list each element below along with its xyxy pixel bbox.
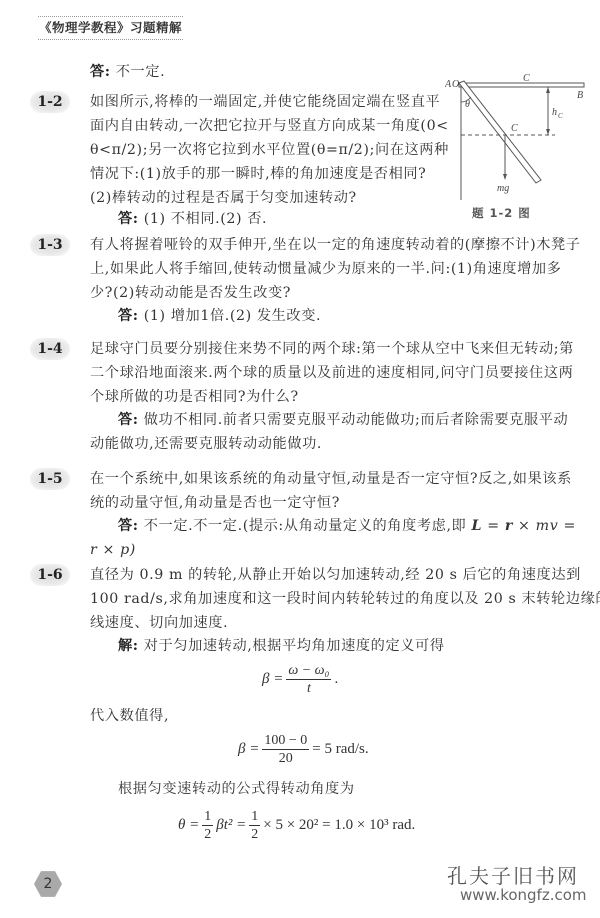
- problem-text-line: 少?(2)转动动能是否发生改变?: [90, 284, 291, 302]
- answer-text: (1) 不相同.(2) 否.: [144, 211, 267, 227]
- label-hc-sub: C: [558, 112, 563, 120]
- answer-label: 答:: [90, 64, 111, 80]
- figure-caption: 题 1-2 图: [472, 205, 531, 221]
- problem-text-line: 100 rad/s,求角加速度和这一段时间内转轮转过的角度以及 20 s 末转轮…: [90, 590, 600, 608]
- equals-sign: =: [563, 518, 576, 534]
- problem-text-line: 面内自由转动,一次把它拉开与竖直方向成某一角度(0<: [90, 117, 449, 135]
- equals-sign: =: [487, 518, 500, 534]
- answer-text: 做功不相同.前者只需要克服平动动能做功;而后者除需要克服平动: [144, 412, 569, 428]
- label-C-top: C: [523, 73, 530, 84]
- numerator: 1: [249, 808, 260, 826]
- problem-text-line: (2)棒转动的过程是否属于匀变加速转动?: [90, 189, 357, 207]
- watermark-url: www.kongfz.com: [460, 886, 587, 904]
- denominator: 2: [251, 826, 258, 843]
- solution-intro: 解: 对于匀加速转动,根据平均角加速度的定义可得: [118, 637, 445, 655]
- answer-text: (1) 增加1倍.(2) 发生改变.: [144, 308, 321, 324]
- running-head-title: 《物理学教程》习题精解: [38, 16, 183, 40]
- problem-text-line: θ<π/2);另一次将它拉到水平位置(θ=π/2);问在这两种: [90, 141, 449, 159]
- problem-text-line: 情况下:(1)放手的那一瞬时,棒的角加速度是否相同?: [90, 165, 426, 183]
- denominator: t: [307, 680, 311, 697]
- answer-text: 不一定.: [116, 64, 165, 80]
- label-hc: h: [552, 107, 557, 118]
- label-A: A: [445, 79, 452, 90]
- problem-text-line: 线速度、切向加速度.: [90, 614, 228, 632]
- vector-r: r: [505, 518, 513, 534]
- answer-label: 答:: [118, 412, 139, 428]
- problem-text-line: 二个球沿地面滚来.两个球的质量以及前进的速度相同,问守门员要接住这两: [90, 364, 573, 382]
- previous-answer: 答: 不一定.: [90, 63, 165, 81]
- problem-text-line: 直径为 0.9 m 的转轮,从静止开始以匀加速转动,经 20 s 后它的角速度达…: [90, 566, 581, 584]
- formula-lhs: β =: [262, 671, 283, 688]
- times-sign: ×: [518, 518, 531, 534]
- problem-text-line: 统的动量守恒,角动量是否也一定守恒?: [90, 494, 340, 512]
- angle-text: 根据匀变速转动的公式得转动角度为: [118, 780, 355, 798]
- fraction: 1 2: [202, 808, 213, 843]
- answer-text: 不一定.不一定.(提示:从角动量定义的角度考虑,即: [144, 518, 467, 534]
- label-C-mid: C: [511, 123, 518, 134]
- numerator: ω − ω₀: [286, 662, 331, 680]
- problem-text-line: 如图所示,将棒的一端固定,并使它能绕固定端在竖直平: [90, 93, 440, 111]
- book-page: 《物理学教程》习题精解 答: 不一定. 1-2 如图所示,将棒的一端固定,并使它…: [0, 0, 600, 918]
- answer: 答: 做功不相同.前者只需要克服平动动能做功;而后者除需要克服平动: [118, 411, 568, 429]
- formula-tail: × 5 × 20² = 1.0 × 10³ rad.: [263, 817, 415, 834]
- problem-text-line: 有人将握着哑铃的双手伸开,坐在以一定的角速度转动着的(摩擦不计)木凳子: [90, 236, 581, 254]
- answer-label: 答:: [118, 211, 139, 227]
- answer: 答: (1) 不相同.(2) 否.: [118, 210, 267, 228]
- vector-L: L: [471, 518, 482, 534]
- fraction: 100 − 0 20: [262, 732, 309, 767]
- problem-text-line: 在一个系统中,如果该系统的角动量守恒,动量是否一定守恒?反之,如果该系: [90, 470, 572, 488]
- label-mg: mg: [497, 183, 509, 194]
- solution-text: 对于匀加速转动,根据平均角加速度的定义可得: [144, 638, 445, 654]
- problem-number-1-4: 1-4: [30, 338, 70, 360]
- fraction: 1 2: [249, 808, 260, 843]
- answer-label: 答:: [118, 308, 139, 324]
- answer: 答: (1) 增加1倍.(2) 发生改变.: [118, 307, 321, 325]
- fraction: ω − ω₀ t: [286, 662, 331, 697]
- substitute-text: 代入数值得,: [90, 707, 169, 725]
- problem-text-line: 足球守门员要分别接住来势不同的两个球:第一个球从空中飞来但无转动;第: [90, 340, 574, 358]
- denominator: 2: [204, 826, 211, 843]
- formula-rotation-angle: θ = 1 2 βt² = 1 2 × 5 × 20² = 1.0 × 10³ …: [178, 808, 415, 843]
- problem-number-1-5: 1-5: [30, 468, 70, 490]
- mv-term: mv: [536, 518, 559, 534]
- solution-label: 解:: [118, 638, 139, 654]
- problem-number-1-2: 1-2: [30, 91, 70, 113]
- answer: 答: 不一定.不一定.(提示:从角动量定义的角度考虑,即 L = r × mv …: [118, 517, 576, 535]
- formula-angular-acceleration-def: β = ω − ω₀ t .: [262, 662, 338, 697]
- label-O: O: [452, 79, 459, 90]
- problem-text-line: 上,如果此人将手缩回,使转动惯量减少为原来的一半.问:(1)角速度增加多: [90, 260, 561, 278]
- formula-middle: βt² =: [216, 817, 246, 834]
- formula-tail: = 5 rad/s.: [312, 741, 368, 758]
- answer-continuation: r × p): [90, 541, 136, 559]
- denominator: 20: [279, 750, 293, 767]
- page-number-badge: 2: [34, 870, 62, 898]
- formula-lhs: θ =: [178, 817, 199, 834]
- formula-angular-acceleration-value: β = 100 − 0 20 = 5 rad/s.: [238, 732, 369, 767]
- numerator: 1: [202, 808, 213, 826]
- numerator: 100 − 0: [262, 732, 309, 750]
- formula-lhs: β =: [238, 741, 259, 758]
- label-theta: θ: [465, 99, 470, 110]
- rod-rotation-diagram: A O C B θ C h C mg: [445, 72, 595, 212]
- problem-text-line: 个球所做的功是否相同?为什么?: [90, 388, 299, 406]
- problem-number-1-6: 1-6: [30, 564, 70, 586]
- watermark-site-name: 孔夫子旧书网: [447, 860, 579, 889]
- problem-number-1-3: 1-3: [30, 234, 70, 256]
- formula-tail: .: [334, 671, 338, 688]
- answer-continuation: 动能做功,还需要克服转动动能做功.: [90, 435, 322, 453]
- label-B: B: [577, 90, 583, 101]
- answer-label: 答:: [118, 518, 139, 534]
